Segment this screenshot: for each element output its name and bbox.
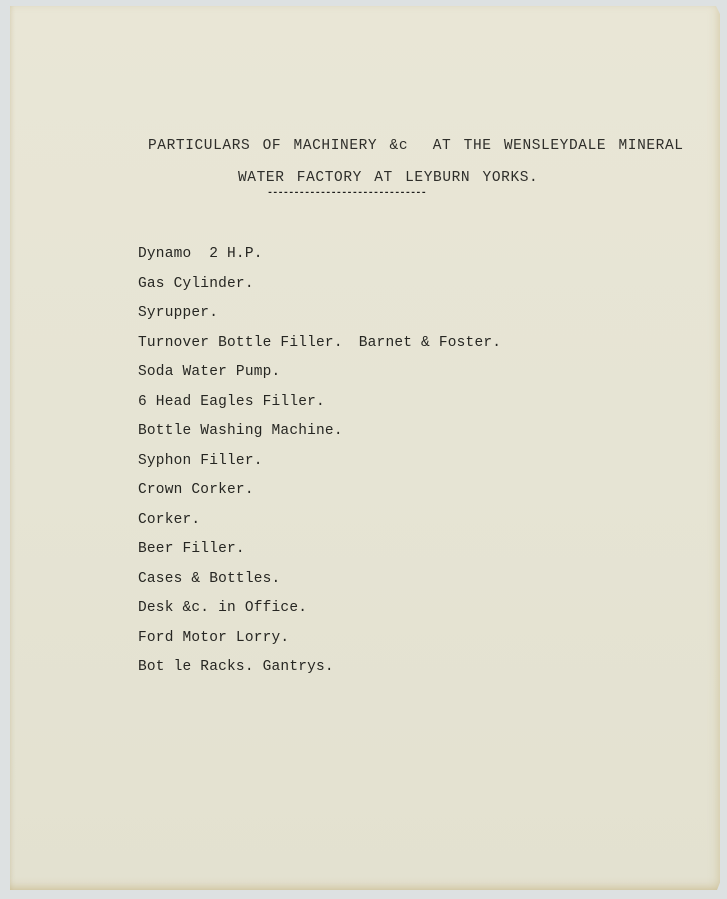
list-item: Desk &c. in Office. — [138, 594, 501, 624]
torn-corner-top-right — [716, 6, 721, 16]
list-item: Bot le Racks. Gantrys. — [138, 653, 501, 683]
list-item: Turnover Bottle Filler.Barnet & Foster. — [138, 329, 501, 359]
item-label: Gas Cylinder. — [138, 276, 254, 292]
torn-corner-bottom-right — [717, 880, 721, 890]
list-item: 6 Head Eagles Filler. — [138, 388, 501, 418]
list-item: Bottle Washing Machine. — [138, 417, 501, 447]
item-label: Dynamo 2 H.P. — [138, 246, 263, 262]
machinery-list: Dynamo 2 H.P. Gas Cylinder. Syrupper. Tu… — [138, 240, 501, 683]
list-item: Crown Corker. — [138, 476, 501, 506]
list-item: Syrupper. — [138, 299, 501, 329]
item-label: Cases & Bottles. — [138, 571, 280, 587]
item-label: Ford Motor Lorry. — [138, 630, 289, 646]
item-label: Bot le Racks. Gantrys. — [138, 659, 334, 675]
item-label: Crown Corker. — [138, 482, 254, 498]
item-label: Bottle Washing Machine. — [138, 423, 343, 439]
list-item: Corker. — [138, 506, 501, 536]
item-label: 6 Head Eagles Filler. — [138, 394, 325, 410]
item-label: Syrupper. — [138, 305, 218, 321]
list-item: Gas Cylinder. — [138, 270, 501, 300]
document-title-line-1: PARTICULARS OF MACHINERY &c AT THE WENSL… — [148, 138, 684, 154]
list-item: Cases & Bottles. — [138, 565, 501, 595]
document-title-line-2: WATER FACTORY AT LEYBURN YORKS. — [238, 170, 538, 186]
document-page: PARTICULARS OF MACHINERY &c AT THE WENSL… — [10, 6, 720, 890]
list-item: Dynamo 2 H.P. — [138, 240, 501, 270]
list-item: Soda Water Pump. — [138, 358, 501, 388]
item-label: Syphon Filler. — [138, 453, 263, 469]
item-label: Beer Filler. — [138, 541, 245, 557]
item-label: Turnover Bottle Filler. — [138, 335, 343, 351]
item-label: Desk &c. in Office. — [138, 600, 307, 616]
list-item: Syphon Filler. — [138, 447, 501, 477]
list-item: Ford Motor Lorry. — [138, 624, 501, 654]
title-underline: ------------------------------ — [267, 188, 426, 199]
item-maker: Barnet & Foster. — [359, 335, 501, 351]
item-label: Soda Water Pump. — [138, 364, 280, 380]
item-label: Corker. — [138, 512, 200, 528]
list-item: Beer Filler. — [138, 535, 501, 565]
